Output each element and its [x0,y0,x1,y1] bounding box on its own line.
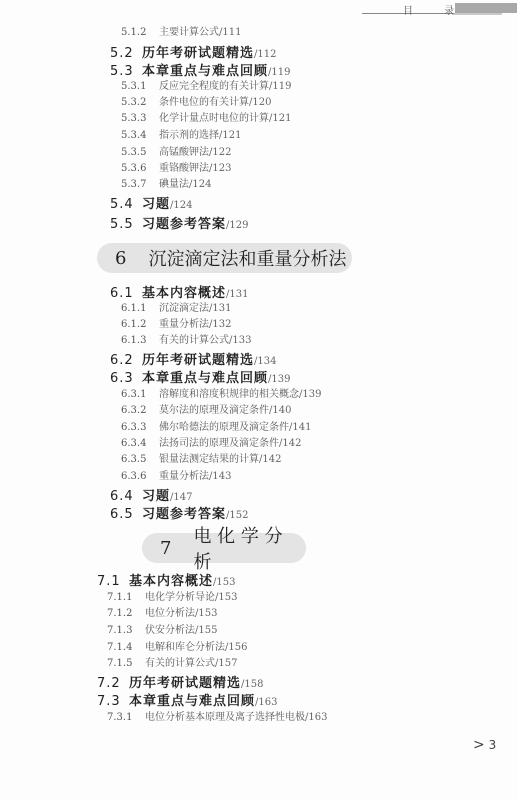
section-title: 历年考研试题精选 [129,676,241,691]
toc-entry[interactable]: 5.3.1反应完全程度的有关计算/119 [121,77,291,92]
section-number: 6.1.1 [121,303,159,314]
chapter-number: 6 [115,248,126,269]
page-ref: /163 [255,697,277,708]
section-title: 主要计算公式 [159,27,219,38]
page-ref: /121 [219,130,241,141]
page-ref: /111 [219,27,241,38]
section-number: 5.3.1 [121,81,159,92]
toc-entry[interactable]: 6.3.5银量法测定结果的计算/142 [121,450,281,465]
section-number: 7.1.1 [107,592,145,603]
toc-entry[interactable]: 7.1.2电位分析法/153 [107,604,217,619]
toc-entry[interactable]: 5.3.3化学计量点时电位的计算/121 [121,109,291,124]
section-title: 指示剂的选择 [159,130,219,141]
toc-entry[interactable]: 7.2历年考研试题精选/158 [97,672,263,691]
toc-entry[interactable]: 6.4习题/147 [110,485,192,504]
section-number: 6.2 [110,353,142,368]
section-number: 6.3.5 [121,454,159,465]
page-ref: /134 [254,356,276,367]
section-title: 基本内容概述 [129,574,213,589]
section-title: 化学计量点时电位的计算 [159,113,269,124]
section-title: 高锰酸钾法 [159,147,209,158]
page-ref: /123 [209,163,231,174]
section-title: 沉淀滴定法 [159,303,209,314]
chapter-title: 电 化 学 分 析 [193,522,306,574]
section-title: 反应完全程度的有关计算 [159,81,269,92]
page-ref: /112 [254,49,276,60]
section-title: 电位分析法 [145,608,195,619]
page-ref: /157 [215,658,237,669]
page-ref: /122 [209,147,231,158]
section-number: 5.3.5 [121,147,159,158]
toc-entry[interactable]: 5.2历年考研试题精选/112 [110,42,276,61]
section-title: 习题参考答案 [142,507,226,522]
toc-entry[interactable]: 6.3.4法扬司法的原理及滴定条件/142 [121,434,301,449]
section-title: 电化学分析导论 [145,592,215,603]
toc-entry[interactable]: 5.3.6重铬酸钾法/123 [121,159,231,174]
toc-entry[interactable]: 7.3.1电位分析基本原理及离子选择性电极/163 [107,708,327,723]
section-number: 7.1.2 [107,608,145,619]
section-number: 7.2 [97,676,129,691]
toc-entry[interactable]: 6.3.2莫尔法的原理及滴定条件/140 [121,401,291,416]
section-number: 5.3.3 [121,113,159,124]
page-ref: /120 [249,97,271,108]
toc-entry[interactable]: 6.1.3有关的计算公式/133 [121,331,251,346]
section-title: 重量分析法 [159,319,209,330]
section-number: 6.5 [110,507,142,522]
section-title: 历年考研试题精选 [142,353,254,368]
toc-entry[interactable]: 5.5习题参考答案/129 [110,213,248,232]
section-title: 重量分析法 [159,471,209,482]
page-ref: /158 [241,679,263,690]
page-ref: /141 [289,422,311,433]
page-ref: /155 [195,625,217,636]
page-ref: /129 [226,220,248,231]
toc-entry[interactable]: 6.2历年考研试题精选/134 [110,349,276,368]
page-ref: /132 [209,319,231,330]
toc-entry[interactable]: 7.1.4电解和库仑分析法/156 [107,638,247,653]
chapter-7-banner[interactable]: 7 电 化 学 分 析 [142,533,306,563]
section-number: 7.1 [97,574,129,589]
section-title: 碘量法 [159,179,189,190]
section-number: 5.4 [110,197,142,212]
section-number: 6.3.4 [121,438,159,449]
section-number: 7.1.4 [107,642,145,653]
toc-entry[interactable]: 5.3.4指示剂的选择/121 [121,126,241,141]
page-ref: /147 [170,492,192,503]
section-title: 电位分析基本原理及离子选择性电极 [145,712,305,723]
section-title: 溶解度和溶度积规律的相关概念 [159,389,299,400]
section-number: 6.1.2 [121,319,159,330]
page-ref: /121 [269,113,291,124]
arrow-icon: > [473,737,485,753]
section-number: 5.2 [110,46,142,61]
section-number: 5.3.4 [121,130,159,141]
page-ref: /140 [269,405,291,416]
section-number: 5.1.2 [121,27,159,38]
section-number: 6.3.2 [121,405,159,416]
section-title: 伏安分析法 [145,625,195,636]
page-ref: /153 [213,577,235,588]
page-ref: /142 [279,438,301,449]
section-title: 有关的计算公式 [159,335,229,346]
page-ref: /153 [215,592,237,603]
section-title: 本章重点与难点回顾 [129,694,255,709]
section-number: 7.3 [97,694,129,709]
section-number: 6.3.3 [121,422,159,433]
section-number: 5.3.2 [121,97,159,108]
chapter-6-banner[interactable]: 6 沉淀滴定法和重量分析法 [97,243,352,273]
section-number: 7.1.3 [107,625,145,636]
page-ref: /119 [269,81,291,92]
toc-entry[interactable]: 5.1.2主要计算公式/111 [121,23,241,38]
section-number: 5.3.7 [121,179,159,190]
toc-entry[interactable]: 7.1.3伏安分析法/155 [107,621,217,636]
toc-entry[interactable]: 7.3本章重点与难点回顾/163 [97,690,277,709]
toc-entry[interactable]: 6.3.1溶解度和溶度积规律的相关概念/139 [121,385,321,400]
section-number: 6.1.3 [121,335,159,346]
section-title: 佛尔哈德法的原理及滴定条件 [159,422,289,433]
toc-entry[interactable]: 6.5习题参考答案/152 [110,503,248,522]
section-title: 银量法测定结果的计算 [159,454,259,465]
toc-entry[interactable]: 5.3.5高锰酸钾法/122 [121,143,231,158]
section-title: 电解和库仑分析法 [145,642,225,653]
toc-entry[interactable]: 6.1.2重量分析法/132 [121,315,231,330]
page-footer: > 3 [473,737,496,753]
chapter-number: 7 [160,538,171,559]
section-number: 6.3.6 [121,471,159,482]
section-title: 法扬司法的原理及滴定条件 [159,438,279,449]
page-ref: /153 [195,608,217,619]
toc-entry[interactable]: 7.1.5有关的计算公式/157 [107,654,237,669]
section-title: 习题 [142,489,170,504]
section-title: 历年考研试题精选 [142,46,254,61]
page-ref: /152 [226,510,248,521]
running-header: 目 录 [403,2,468,17]
section-number: 6.3.1 [121,389,159,400]
toc-entry[interactable]: 5.3.2条件电位的有关计算/120 [121,93,271,108]
toc-entry[interactable]: 5.3.7碘量法/124 [121,175,211,190]
section-number: 6.3 [110,371,142,386]
section-title: 本章重点与难点回顾 [142,371,268,386]
toc-entry[interactable]: 7.1.1电化学分析导论/153 [107,588,237,603]
page-ref: /142 [259,454,281,465]
section-title: 习题参考答案 [142,217,226,232]
page-ref: /124 [189,179,211,190]
page-ref: /124 [170,200,192,211]
page-ref: /133 [229,335,251,346]
section-title: 重铬酸钾法 [159,163,209,174]
toc-entry[interactable]: 6.3本章重点与难点回顾/139 [110,367,290,386]
toc-entry[interactable]: 6.3.6重量分析法/143 [121,467,231,482]
toc-entry[interactable]: 6.1.1沉淀滴定法/131 [121,299,231,314]
section-number: 7.3.1 [107,712,145,723]
page-ref: /131 [209,303,231,314]
page-ref: /156 [225,642,247,653]
toc-entry[interactable]: 6.3.3佛尔哈德法的原理及滴定条件/141 [121,418,311,433]
section-number: 7.1.5 [107,658,145,669]
page-ref: /139 [299,389,321,400]
section-title: 有关的计算公式 [145,658,215,669]
section-number: 6.4 [110,489,142,504]
page-ref: /139 [268,374,290,385]
page-ref: /163 [305,712,327,723]
section-title: 莫尔法的原理及滴定条件 [159,405,269,416]
chapter-title: 沉淀滴定法和重量分析法 [148,245,346,271]
page-number: 3 [489,738,497,752]
section-number: 5.5 [110,217,142,232]
section-title: 条件电位的有关计算 [159,97,249,108]
page-ref: /143 [209,471,231,482]
toc-entry[interactable]: 5.4习题/124 [110,193,192,212]
section-title: 习题 [142,197,170,212]
section-number: 5.3.6 [121,163,159,174]
